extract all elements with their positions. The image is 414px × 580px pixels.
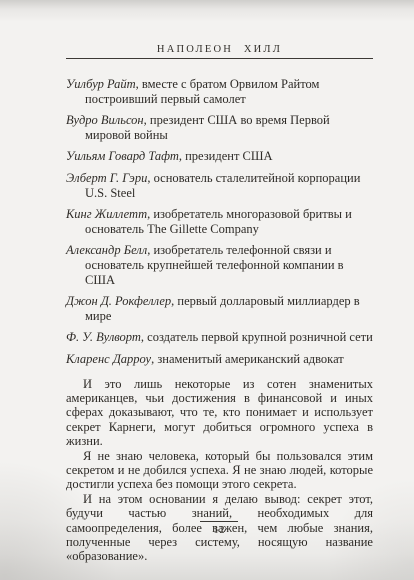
person-description: , знаменитый американский адвокат (151, 352, 344, 366)
person-name: Уилбур Райт (66, 77, 136, 91)
person-entry: Уильям Говард Тафт, президент США (66, 149, 373, 164)
people-list: Уилбур Райт, вместе с братом Орвилом Рай… (66, 77, 373, 367)
paragraph: Я не знаю человека, который бы пользовал… (66, 449, 373, 492)
header-rule (66, 58, 373, 59)
person-entry: Кларенс Дарроу, знаменитый американский … (66, 352, 373, 367)
person-name: Кларенс Дарроу (66, 352, 151, 366)
footer-rule (200, 521, 238, 522)
person-description: , создатель первой крупной розничной сет… (141, 330, 373, 344)
person-name: Кинг Жиллетт (66, 207, 147, 221)
page-number: 12 (66, 525, 373, 536)
person-name: Ф. У. Вулворт (66, 330, 141, 344)
person-entry: Кинг Жиллетт, изобретатель многоразовой … (66, 207, 373, 236)
book-page: НАПОЛЕОН ХИЛЛ Уилбур Райт, вместе с брат… (0, 0, 414, 580)
person-entry: Уилбур Райт, вместе с братом Орвилом Рай… (66, 77, 373, 106)
person-entry: Джон Д. Рокфеллер, первый долларовый мил… (66, 294, 373, 323)
person-name: Вудро Вильсон (66, 113, 144, 127)
person-entry: Вудро Вильсон, президент США во время Пе… (66, 113, 373, 142)
person-name: Уильям Говард Тафт (66, 149, 179, 163)
person-name: Александр Белл (66, 243, 147, 257)
person-entry: Александр Белл, изобретатель телефонной … (66, 243, 373, 287)
running-header-title: НАПОЛЕОН ХИЛЛ (66, 44, 373, 55)
paragraph: И это лишь некоторые из сотен знаменитых… (66, 377, 373, 449)
person-entry: Элберт Г. Гэри, основатель сталелитейной… (66, 171, 373, 200)
person-name: Джон Д. Рокфеллер (66, 294, 171, 308)
page-content: Уилбур Райт, вместе с братом Орвилом Рай… (66, 77, 373, 564)
person-name: Элберт Г. Гэри (66, 171, 147, 185)
person-entry: Ф. У. Вулворт, создатель первой крупной … (66, 330, 373, 345)
person-description: , президент США (179, 149, 273, 163)
